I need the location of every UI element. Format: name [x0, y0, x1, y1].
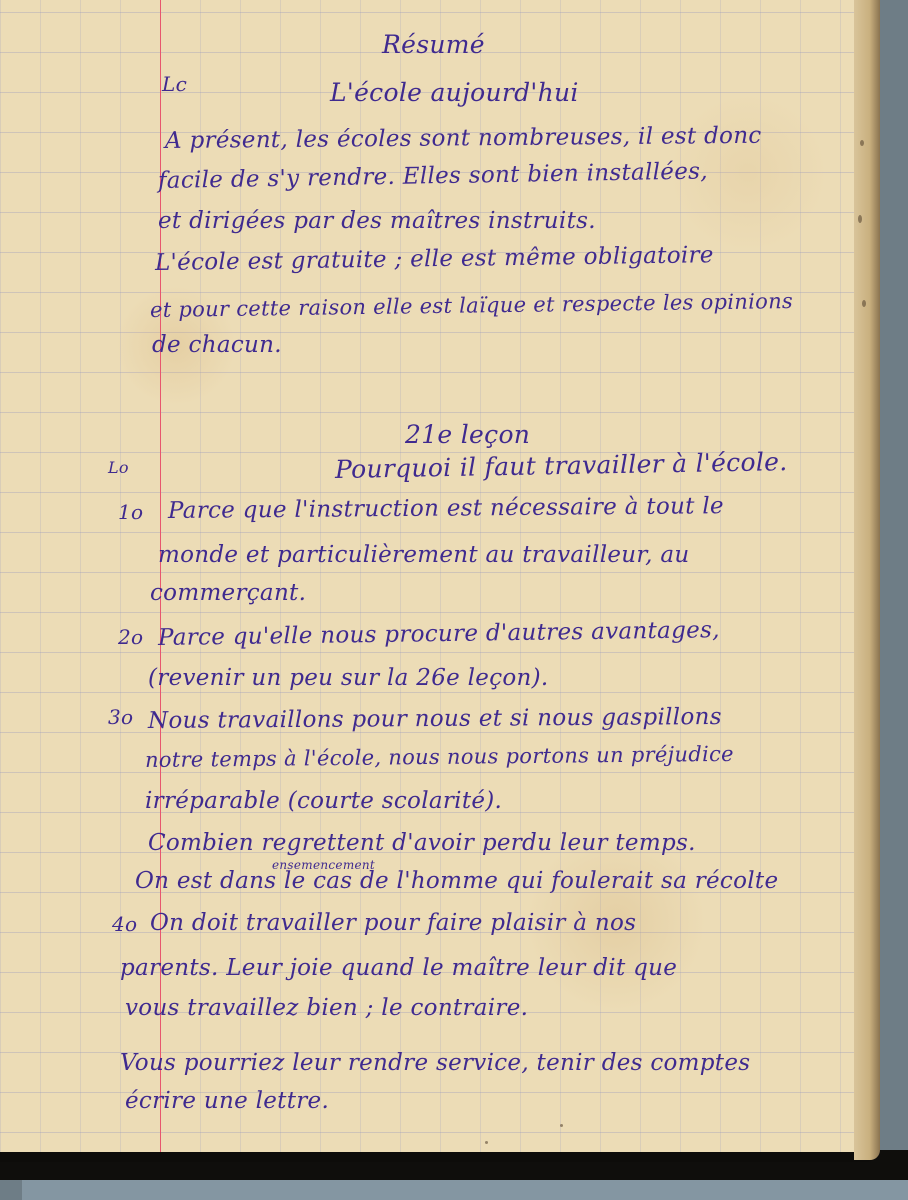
text-line: Combien regrettent d'avoir perdu leur te… [148, 830, 696, 856]
ink-speck [858, 215, 862, 223]
text-line: monde et particulièrement au travailleur… [158, 542, 690, 568]
text-line: On doit travailler pour faire plaisir à … [150, 910, 636, 936]
text-line: irréparable (courte scolarité). [145, 788, 502, 814]
text-line: (revenir un peu sur la 26e leçon). [148, 665, 549, 691]
margin-note: Lo [108, 458, 129, 477]
item-marker: 2o [118, 625, 143, 649]
notebook-page: Résumé Lc L'école aujourd'hui A présent,… [0, 0, 880, 1152]
item-marker: 1o [118, 500, 143, 524]
text-line: Nous travaillons pour nous et si nous ga… [148, 704, 722, 734]
text-line: Parce que l'instruction est nécessaire à… [168, 493, 724, 524]
text-line: Parce qu'elle nous procure d'autres avan… [158, 617, 720, 651]
lesson-title: Pourquoi il faut travailler à l'école. [335, 447, 788, 484]
text-line: L'école est gratuite ; elle est même obl… [155, 242, 714, 276]
table-surface [22, 1178, 908, 1200]
margin-note: Lc [162, 72, 187, 96]
notebook-cover-edge [0, 1150, 908, 1180]
text-line: et pour cette raison elle est laïque et … [150, 289, 793, 322]
resume-heading: Résumé [382, 30, 485, 59]
text-line: écrire une lettre. [125, 1088, 329, 1114]
text-line: parents. Leur joie quand le maître leur … [120, 955, 677, 981]
text-line: commerçant. [150, 580, 306, 606]
text-line: et dirigées par des maîtres instruits. [158, 208, 596, 234]
item-marker: 4o [112, 912, 137, 936]
ink-speck [485, 1141, 488, 1144]
ink-speck [862, 300, 866, 307]
text-line: notre temps à l'école, nous nous portons… [145, 742, 734, 772]
text-line: facile de s'y rendre. Elles sont bien in… [158, 158, 708, 194]
lesson-number: 21e leçon [405, 420, 530, 449]
page-stack-edge [854, 0, 880, 1160]
text-line: On est dans le cas de l'homme qui fouler… [135, 868, 778, 894]
text-line: vous travaillez bien ; le contraire. [125, 995, 528, 1021]
text-line: de chacun. [152, 332, 282, 358]
ink-speck [860, 140, 864, 146]
ink-speck [560, 1124, 563, 1127]
section-title: L'école aujourd'hui [330, 78, 579, 107]
item-marker: 3o [108, 705, 133, 729]
text-line: Vous pourriez leur rendre service, tenir… [120, 1050, 750, 1076]
text-line: A présent, les écoles sont nombreuses, i… [165, 123, 762, 154]
